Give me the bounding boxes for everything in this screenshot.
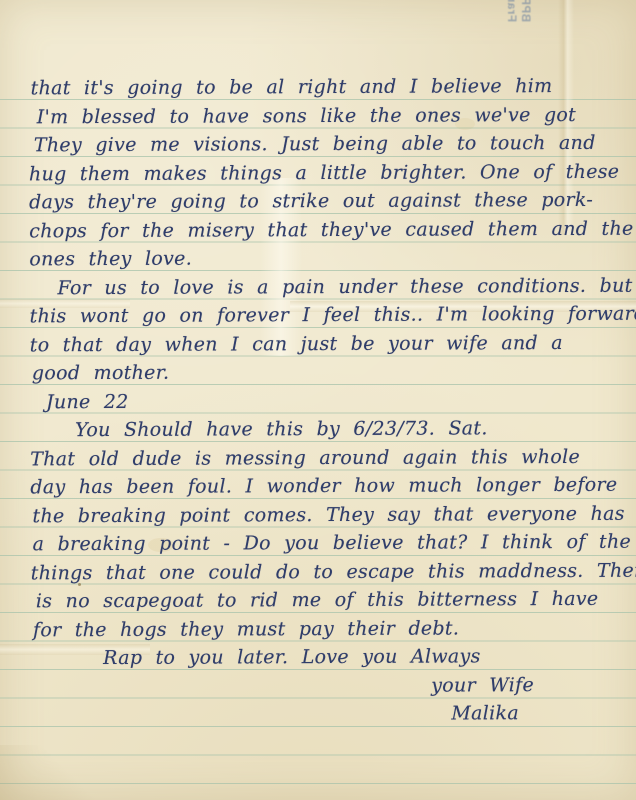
letter-line: For us to love is a pain under these con… (29, 271, 635, 302)
letter-line: Rap to you later. Love you Always (31, 642, 636, 673)
letter-body: that it's going to be al right and I bel… (29, 72, 636, 730)
letter-line: Malika (31, 699, 636, 730)
letter-line: a breaking point - Do you believe that? … (31, 528, 636, 559)
letter-line: things that one could do to escape this … (31, 556, 636, 587)
letter-line: good mother. (30, 357, 636, 388)
letter-line: your Wife (31, 670, 636, 701)
letter-line: You Should have this by 6/23/73. Sat. (30, 414, 636, 445)
letter-line: They give me visions. Just being able to… (29, 129, 635, 160)
letter-line: the breaking point comes. They say that … (30, 499, 636, 530)
letter-page: BPP Archival Collection of Frankye Adams… (0, 0, 636, 800)
letter-line: ones they love. (29, 243, 635, 274)
letter-line: to that day when I can just be your wife… (30, 328, 636, 359)
letter-line: is no scapegoat to rid me of this bitter… (31, 585, 636, 616)
letter-line: that it's going to be al right and I bel… (29, 72, 635, 103)
letter-line: for the hogs they must pay their debt. (31, 613, 636, 644)
letter-line: chops for the misery that they've caused… (29, 214, 635, 245)
letter-line: June 22 (30, 385, 636, 416)
letter-line: this wont go on forever I feel this.. I'… (30, 300, 636, 331)
letter-line: That old dude is messing around again th… (30, 442, 636, 473)
letter-line: days they're going to strike out against… (29, 186, 635, 217)
letter-line: hug them makes things a little brighter.… (29, 157, 635, 188)
letter-line: day has been foul. I wonder how much lon… (30, 471, 636, 502)
letter-line: I'm blessed to have sons like the ones w… (29, 100, 635, 131)
stamp-text: BPP Archival Collection of Frankye Adams… (504, 0, 532, 22)
